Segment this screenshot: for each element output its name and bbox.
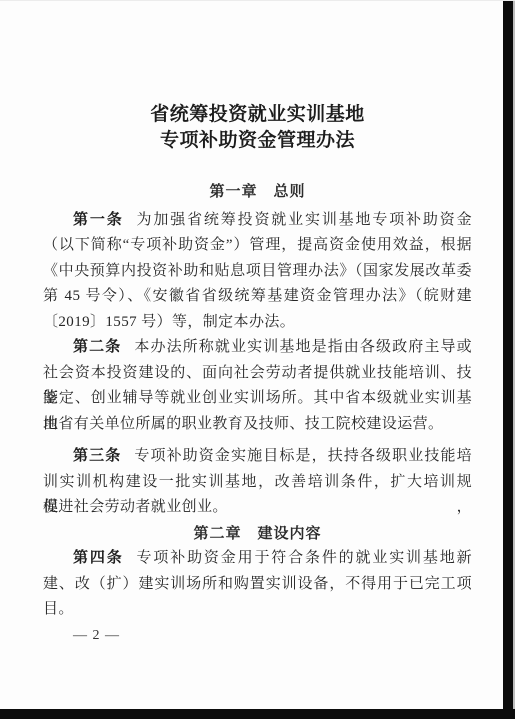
article-4-line-3: 目。 <box>43 597 472 623</box>
article-2-line-3: 鉴定、创业辅导等就业创业实训场所。其中省本级就业实训基地 <box>43 386 472 412</box>
article-1-line-1: 第一条为加强省统筹投资就业实训基地专项补助资金 <box>43 208 472 234</box>
document-title-line-2: 专项补助资金管理办法 <box>0 128 515 154</box>
document-page: 省统筹投资就业实训基地 专项补助资金管理办法 第一章 总则 第一条为加强省统筹投… <box>0 0 515 719</box>
article-2-label: 第二条 <box>73 339 121 355</box>
article-3: 第三条专项补助资金实施目标是，扶持各级职业技能培 训实训机构建设一批实训基地，改… <box>43 444 472 521</box>
document-title-line-1: 省统筹投资就业实训基地 <box>0 102 515 128</box>
article-1-label: 第一条 <box>73 212 124 228</box>
article-1-line-3: 《中央预算内投资补助和贴息项目管理办法》（国家发展改革委 <box>43 259 472 285</box>
article-3-label: 第三条 <box>73 448 121 464</box>
article-3-line-1-text: 专项补助资金实施目标是，扶持各级职业技能培 <box>134 448 472 464</box>
document-body: 第一章 总则 第一条为加强省统筹投资就业实训基地专项补助资金 （以下简称“专项补… <box>43 179 472 648</box>
page-number: — 2 — <box>43 623 472 649</box>
article-2: 第二条本办法所称就业实训基地是指由各级政府主导或 社会资本投资建设的、面向社会劳… <box>43 335 472 437</box>
article-2-line-1-text: 本办法所称就业实训基地是指由各级政府主导或 <box>134 339 472 355</box>
article-3-line-2: 训实训机构建设一批实训基地，改善培训条件，扩大培训规模， <box>43 470 472 496</box>
article-3-line-1: 第三条专项补助资金实施目标是，扶持各级职业技能培 <box>43 444 472 470</box>
article-2-line-2: 社会资本投资建设的、面向社会劳动者提供就业技能培训、技能 <box>43 361 472 387</box>
document-title: 省统筹投资就业实训基地 专项补助资金管理办法 <box>0 1 515 154</box>
scan-edge-right <box>503 1 513 719</box>
article-4-label: 第四条 <box>73 550 124 566</box>
article-1-line-2: （以下简称“专项补助资金”）管理，提高资金使用效益，根据 <box>43 233 472 259</box>
article-4-line-2: 建、改（扩）建实训场所和购置实训设备，不得用于已完工项 <box>43 572 472 598</box>
article-1: 第一条为加强省统筹投资就业实训基地专项补助资金 （以下简称“专项补助资金”）管理… <box>43 208 472 336</box>
article-1-line-1-text: 为加强省统筹投资就业实训基地专项补助资金 <box>137 212 472 228</box>
chapter-2-heading: 第二章 建设内容 <box>43 521 472 547</box>
article-4-line-1-text: 专项补助资金用于符合条件的就业实训基地新 <box>137 550 472 566</box>
article-2-line-1: 第二条本办法所称就业实训基地是指由各级政府主导或 <box>43 335 472 361</box>
article-4: 第四条专项补助资金用于符合条件的就业实训基地新 建、改（扩）建实训场所和购置实训… <box>43 546 472 623</box>
article-4-line-1: 第四条专项补助资金用于符合条件的就业实训基地新 <box>43 546 472 572</box>
scan-edge-bottom <box>0 709 515 719</box>
article-1-line-4: 第 45 号令）、《安徽省省级统筹基建资金管理办法》（皖财建 <box>43 284 472 310</box>
article-1-line-5: 〔2019〕1557 号）等，制定本办法。 <box>43 310 472 336</box>
article-2-line-4: 由省有关单位所属的职业教育及技师、技工院校建设运营。 <box>43 412 472 438</box>
chapter-1-heading: 第一章 总则 <box>43 179 472 205</box>
